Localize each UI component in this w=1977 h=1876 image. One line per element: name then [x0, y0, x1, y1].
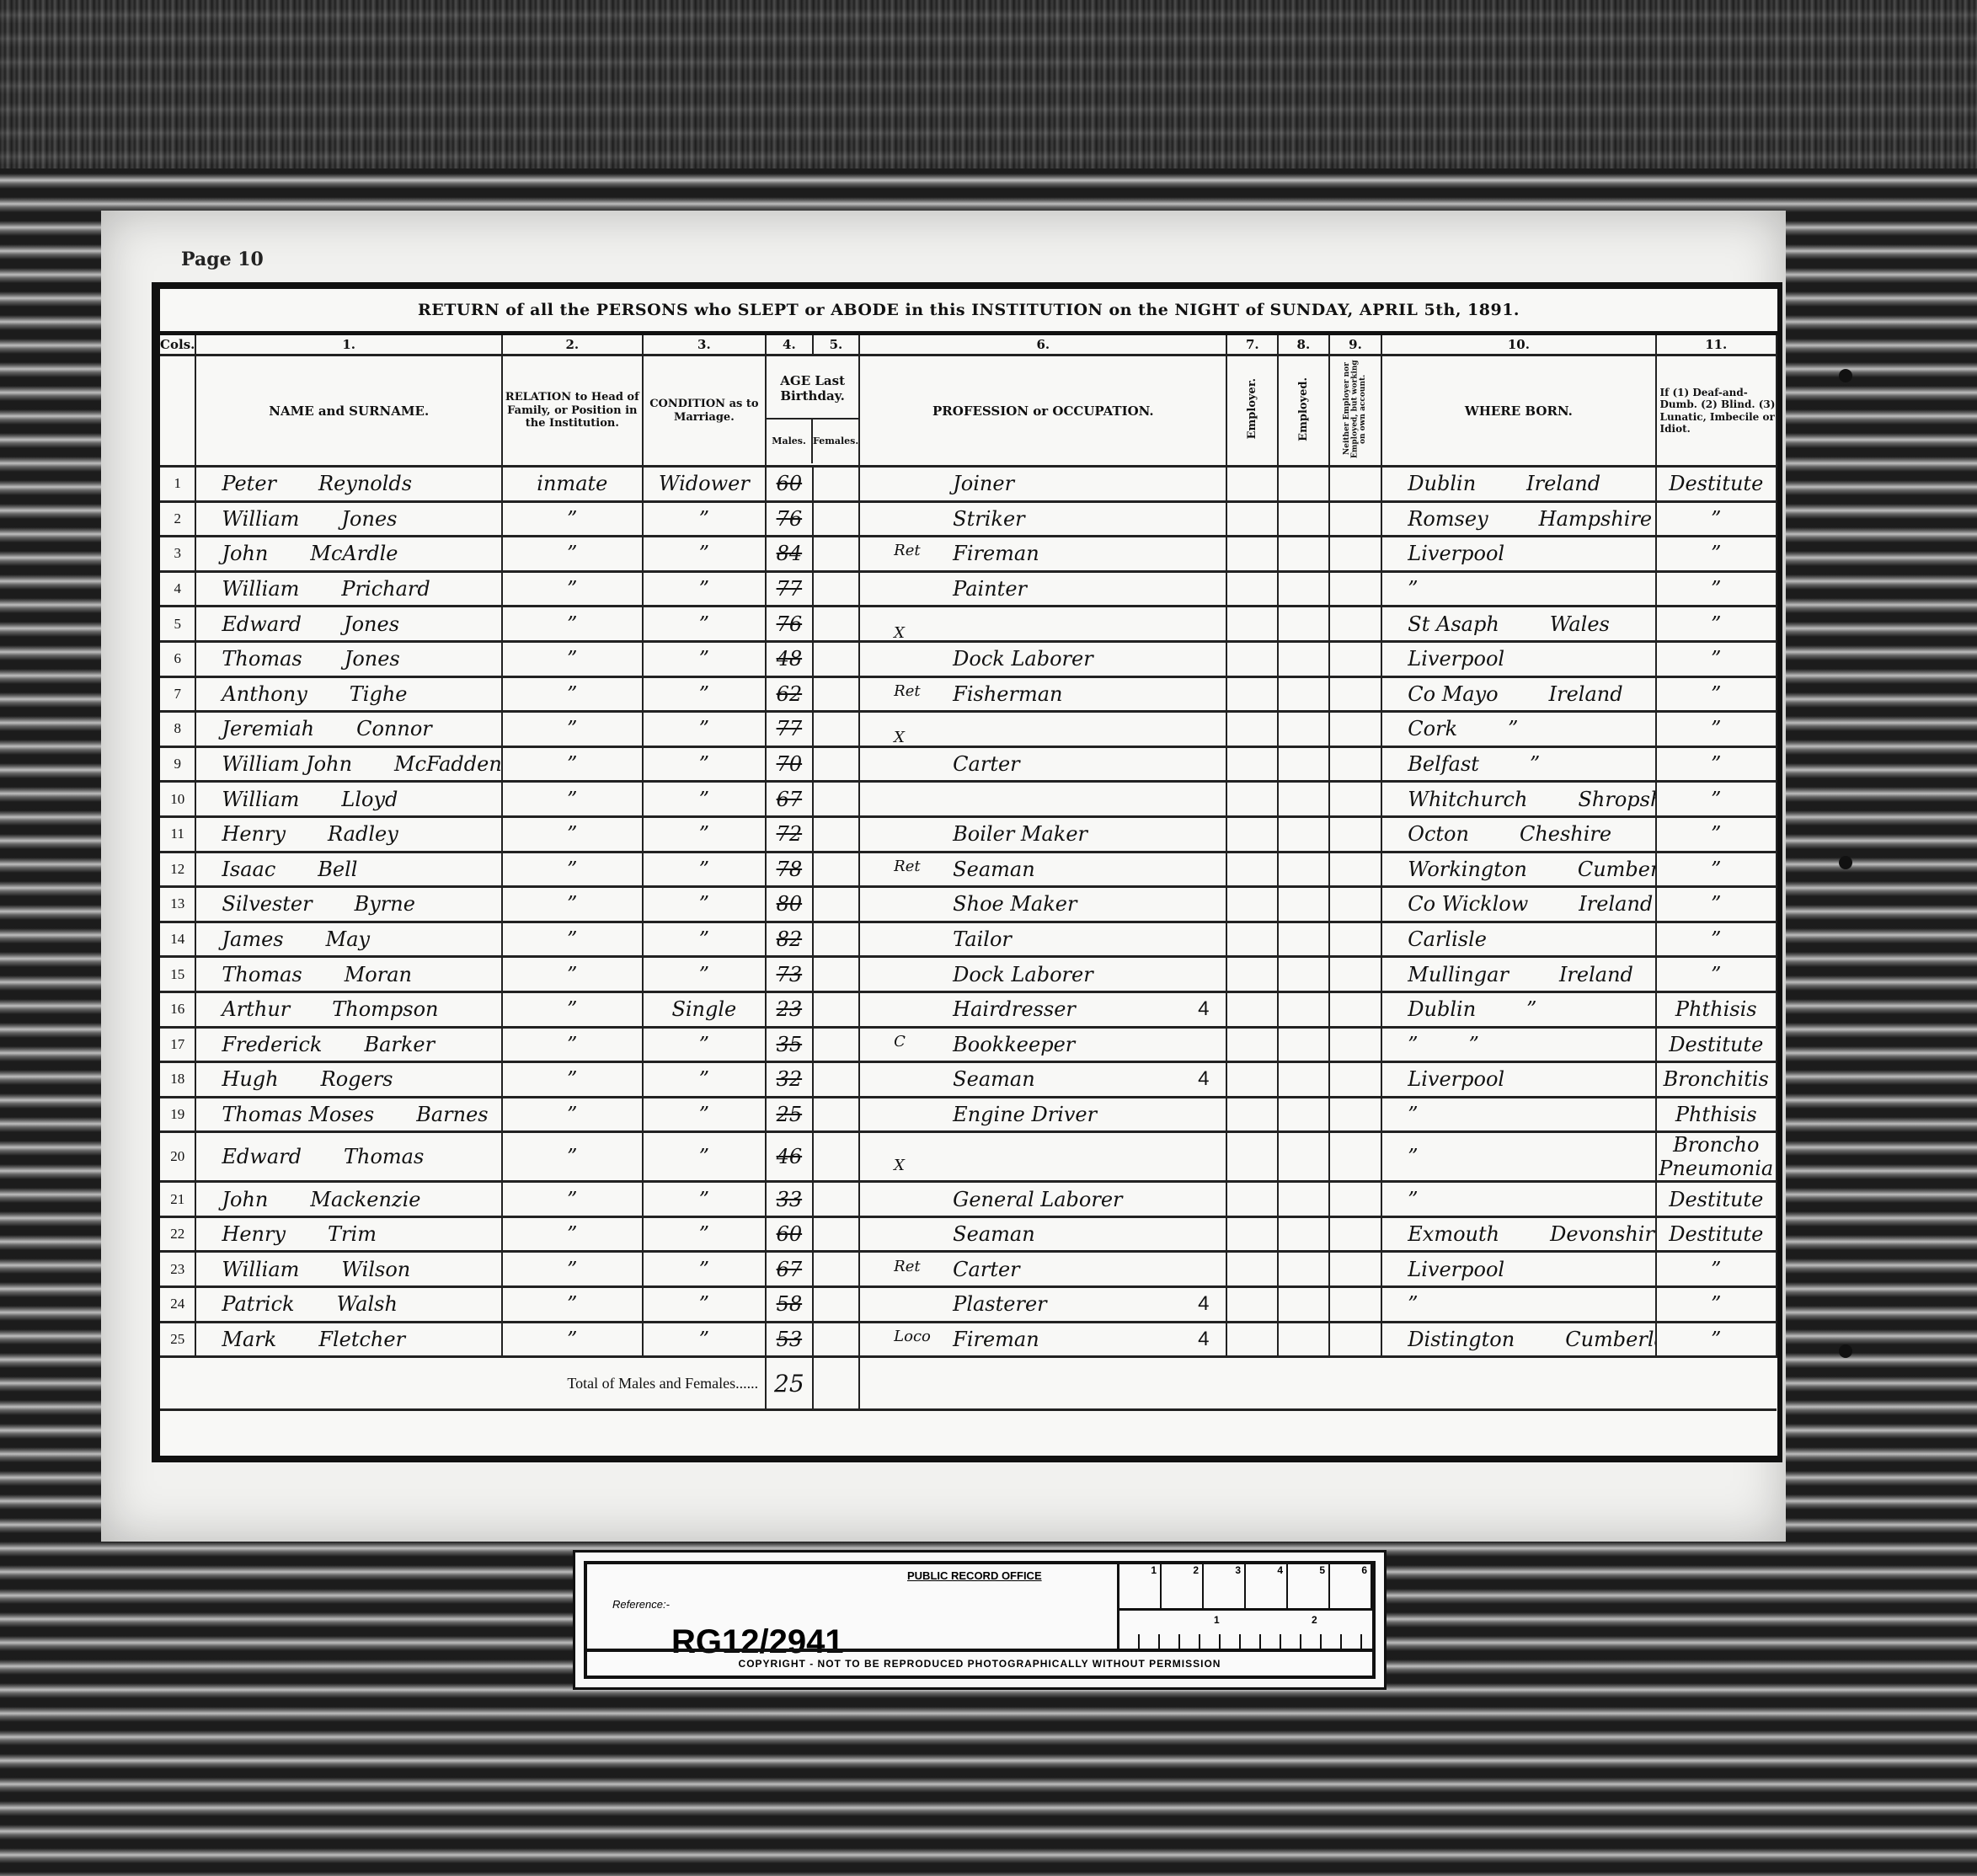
infirmity: Phthisis: [1656, 1097, 1777, 1132]
first-name: Thomas Moses: [222, 1103, 374, 1126]
infirmity: ”: [1656, 501, 1777, 537]
relation: ”: [502, 852, 643, 887]
infirmity: ”: [1656, 537, 1777, 572]
header-name: NAME and SURNAME.: [195, 355, 502, 467]
first-name: James: [222, 927, 283, 951]
surname: Byrne: [355, 892, 415, 916]
occupation: Joiner: [859, 467, 1226, 502]
marital-condition: ”: [643, 607, 766, 642]
row-number: 17: [160, 1027, 195, 1062]
employer-cell: [1226, 712, 1278, 747]
male-age: 60: [766, 467, 813, 502]
male-age: 76: [766, 607, 813, 642]
male-age: 76: [766, 501, 813, 537]
occupation-code: 4: [1198, 1067, 1209, 1091]
row-number: 3: [160, 537, 195, 572]
birth-county: Devonshire: [1550, 1222, 1655, 1246]
male-age: 67: [766, 782, 813, 817]
marital-condition: ”: [643, 1216, 766, 1252]
person-name: WilliamJones: [195, 501, 502, 537]
occupation-mark: X: [894, 1157, 905, 1174]
person-name: EdwardThomas: [195, 1132, 502, 1182]
birth-county: Ireland: [1559, 963, 1633, 986]
relation: ”: [502, 1252, 643, 1287]
employer-cell: [1226, 922, 1278, 957]
neither-cell: [1329, 571, 1382, 607]
employed-cell: [1278, 676, 1329, 712]
header-condition: CONDITION as to Marriage.: [643, 355, 766, 467]
birth-county: Shropshire: [1578, 788, 1655, 811]
infirmity: ”: [1656, 852, 1777, 887]
infirmity: ”: [1656, 782, 1777, 817]
birthplace: Carlisle: [1381, 922, 1655, 957]
person-name: PatrickWalsh: [195, 1287, 502, 1323]
relation: ”: [502, 746, 643, 782]
relation: ”: [502, 782, 643, 817]
row-number: 13: [160, 887, 195, 922]
birth-place: ”: [1408, 1188, 1418, 1211]
female-age: [813, 712, 860, 747]
table-row: 16ArthurThompson”Single23Hairdresser4Dub…: [160, 991, 1777, 1027]
table-row: 14JamesMay””82TailorCarlisle”: [160, 922, 1777, 957]
employer-cell: [1226, 887, 1278, 922]
row-number: 23: [160, 1252, 195, 1287]
surname: Moran: [345, 963, 412, 986]
birthplace: Liverpool: [1381, 1252, 1655, 1287]
marital-condition: ”: [643, 712, 766, 747]
occupation-text: Shoe Maker: [953, 892, 1077, 916]
scale-mark: 1: [1214, 1614, 1220, 1626]
first-name: Edward: [222, 1145, 302, 1168]
employer-cell: [1226, 501, 1278, 537]
employed-cell: [1278, 957, 1329, 992]
first-name: William: [222, 507, 299, 531]
row-number: 16: [160, 991, 195, 1027]
table-row: 11HenryRadley””72Boiler MakerOctonCheshi…: [160, 816, 1777, 852]
birth-place: ”: [1408, 1033, 1418, 1056]
surname: Rogers: [321, 1067, 393, 1091]
infirmity: Broncho Pneumonia: [1656, 1132, 1777, 1182]
marital-condition: ”: [643, 1287, 766, 1323]
female-age: [813, 1287, 860, 1323]
female-age: [813, 991, 860, 1027]
first-name: Peter: [222, 472, 276, 495]
occupation-text: Boiler Maker: [953, 822, 1087, 846]
header-row-number: [160, 355, 195, 467]
infirmity: ”: [1656, 571, 1777, 607]
birthplace: Dublin”: [1381, 991, 1655, 1027]
birth-place: Romsey: [1408, 507, 1488, 531]
infirmity: ”: [1656, 1287, 1777, 1323]
col-num: 1.: [195, 335, 502, 355]
employed-cell: [1278, 1322, 1329, 1357]
person-name: FrederickBarker: [195, 1027, 502, 1062]
occupation-text: Bookkeeper: [953, 1033, 1075, 1056]
infirmity: ”: [1656, 887, 1777, 922]
marital-condition: ”: [643, 1097, 766, 1132]
table-row: 19Thomas MosesBarnes””25Engine Driver”Ph…: [160, 1097, 1777, 1132]
male-age: 77: [766, 712, 813, 747]
employer-cell: [1226, 991, 1278, 1027]
occupation-mark: C: [894, 1033, 906, 1050]
row-number: 6: [160, 641, 195, 676]
age-label: AGE Last Birthday.: [767, 359, 858, 420]
table-row: 25MarkFletcher””53LocoFireman4Distington…: [160, 1322, 1777, 1357]
neither-cell: [1329, 887, 1382, 922]
row-number: 25: [160, 1322, 195, 1357]
birth-place: ”: [1408, 1145, 1418, 1168]
person-name: MarkFletcher: [195, 1322, 502, 1357]
female-age: [813, 1027, 860, 1062]
infirmity: ”: [1656, 922, 1777, 957]
female-age: [813, 1216, 860, 1252]
employed-cell: [1278, 607, 1329, 642]
person-name: IsaacBell: [195, 852, 502, 887]
employer-cell: [1226, 537, 1278, 572]
birthplace: OctonCheshire: [1381, 816, 1655, 852]
relation: ”: [502, 607, 643, 642]
header-age: AGE Last Birthday. Males. Females.: [766, 355, 859, 467]
occupation-mark: Ret: [894, 1258, 920, 1275]
male-age: 82: [766, 922, 813, 957]
surname: Reynolds: [318, 472, 412, 495]
employer-cell: [1226, 571, 1278, 607]
table-row: 12IsaacBell””78RetSeamanWorkingtonCumber…: [160, 852, 1777, 887]
employed-cell: [1278, 887, 1329, 922]
neither-cell: [1329, 1027, 1382, 1062]
employed-cell: [1278, 1132, 1329, 1182]
employed-cell: [1278, 782, 1329, 817]
first-name: William: [222, 1258, 299, 1281]
birth-county: ”: [1530, 752, 1540, 776]
occupation: X: [859, 1132, 1226, 1182]
birth-county: Ireland: [1526, 472, 1600, 495]
infirmity: ”: [1656, 1252, 1777, 1287]
female-age: [813, 957, 860, 992]
marital-condition: ”: [643, 1182, 766, 1217]
occupation: [859, 782, 1226, 817]
neither-cell: [1329, 537, 1382, 572]
neither-cell: [1329, 1252, 1382, 1287]
relation: ”: [502, 1062, 643, 1098]
employed-cell: [1278, 991, 1329, 1027]
employed-cell: [1278, 1062, 1329, 1098]
neither-cell: [1329, 957, 1382, 992]
header-employed: Employed.: [1278, 355, 1329, 467]
header-where-born: WHERE BORN.: [1381, 355, 1655, 467]
employed-cell: [1278, 467, 1329, 502]
birth-place: Mullingar: [1408, 963, 1509, 986]
infirmity: ”: [1656, 957, 1777, 992]
scale-mark: 6: [1330, 1564, 1372, 1608]
birthplace: MullingarIreland: [1381, 957, 1655, 992]
relation: ”: [502, 501, 643, 537]
col-num: 5.: [813, 335, 860, 355]
employed-cell: [1278, 1097, 1329, 1132]
female-age: [813, 676, 860, 712]
employer-cell: [1226, 1132, 1278, 1182]
surname: Bell: [318, 858, 357, 881]
table-row: 9William JohnMcFadden””70CarterBelfast””: [160, 746, 1777, 782]
first-name: Edward: [222, 612, 302, 636]
row-number: 8: [160, 712, 195, 747]
employer-cell: [1226, 852, 1278, 887]
marital-condition: ”: [643, 537, 766, 572]
person-name: EdwardJones: [195, 607, 502, 642]
table-row: 8JeremiahConnor””77XCork””: [160, 712, 1777, 747]
neither-cell: [1329, 607, 1382, 642]
first-name: John: [222, 1188, 268, 1211]
marital-condition: Single: [643, 991, 766, 1027]
infirmity: Bronchitis: [1656, 1062, 1777, 1098]
relation: ”: [502, 1097, 643, 1132]
table-row: 21JohnMackenzie””33General Laborer”Desti…: [160, 1182, 1777, 1217]
female-age: [813, 922, 860, 957]
female-age: [813, 1252, 860, 1287]
male-age: 73: [766, 957, 813, 992]
header-occupation: PROFESSION or OCCUPATION.: [859, 355, 1226, 467]
birth-place: Liverpool: [1408, 542, 1504, 565]
birth-county: Ireland: [1579, 892, 1653, 916]
col-num: 10.: [1381, 335, 1655, 355]
employed-cell: [1278, 1182, 1329, 1217]
row-number: 7: [160, 676, 195, 712]
birth-county: ”: [1469, 1033, 1479, 1056]
infirmity: ”: [1656, 712, 1777, 747]
occupation-text: Seaman: [953, 1222, 1034, 1246]
birth-county: ”: [1526, 997, 1536, 1021]
female-age: [813, 746, 860, 782]
employed-cell: [1278, 571, 1329, 607]
male-age: 25: [766, 1097, 813, 1132]
birth-place: Dublin: [1408, 997, 1476, 1021]
occupation: General Laborer: [859, 1182, 1226, 1217]
first-name: Henry: [222, 822, 286, 846]
surname: Barnes: [416, 1103, 488, 1126]
occupation: Striker: [859, 501, 1226, 537]
first-name: Hugh: [222, 1067, 278, 1091]
marital-condition: ”: [643, 676, 766, 712]
female-age: [813, 887, 860, 922]
relation: ”: [502, 887, 643, 922]
employed-cell: [1278, 816, 1329, 852]
birthplace: RomseyHampshire: [1381, 501, 1655, 537]
male-age: 77: [766, 571, 813, 607]
occupation: LocoFireman4: [859, 1322, 1226, 1357]
employer-cell: [1226, 957, 1278, 992]
marital-condition: ”: [643, 501, 766, 537]
female-age: [813, 1132, 860, 1182]
birth-county: Cumberland: [1565, 1328, 1655, 1351]
first-name: John: [222, 542, 268, 565]
female-age: [813, 1322, 860, 1357]
marital-condition: ”: [643, 641, 766, 676]
header-employer: Employer.: [1226, 355, 1278, 467]
employer-cell: [1226, 782, 1278, 817]
table-row: 23WilliamWilson””67RetCarterLiverpool”: [160, 1252, 1777, 1287]
occupation: RetFireman: [859, 537, 1226, 572]
neither-cell: [1329, 816, 1382, 852]
table-row: 13SilvesterByrne””80Shoe MakerCo Wicklow…: [160, 887, 1777, 922]
surname: Thomas: [344, 1145, 424, 1168]
relation: ”: [502, 957, 643, 992]
table-row: 5EdwardJones””76XSt AsaphWales”: [160, 607, 1777, 642]
total-value: 25: [766, 1357, 813, 1410]
birthplace: St AsaphWales: [1381, 607, 1655, 642]
neither-cell: [1329, 1132, 1382, 1182]
neither-cell: [1329, 1322, 1382, 1357]
female-age: [813, 607, 860, 642]
birth-place: Distington: [1408, 1328, 1515, 1351]
employer-cell: [1226, 1027, 1278, 1062]
marital-condition: ”: [643, 816, 766, 852]
birth-county: Hampshire: [1539, 507, 1652, 531]
marital-condition: ”: [643, 1252, 766, 1287]
person-name: JohnMcArdle: [195, 537, 502, 572]
birthplace: Co WicklowIreland: [1381, 887, 1655, 922]
infirmity: Phthisis: [1656, 991, 1777, 1027]
person-name: Thomas MosesBarnes: [195, 1097, 502, 1132]
page-number: Page 10: [181, 249, 264, 270]
first-name: William John: [222, 752, 352, 776]
person-name: HenryRadley: [195, 816, 502, 852]
form-title: RETURN of all the PERSONS who SLEPT or A…: [160, 289, 1777, 335]
first-name: Silvester: [222, 892, 312, 916]
column-numbers-row: Cols. 1. 2. 3. 4. 5. 6. 7. 8. 9. 10. 11.: [160, 335, 1777, 355]
occupation: RetSeaman: [859, 852, 1226, 887]
table-row: 17FrederickBarker””35CBookkeeper””Destit…: [160, 1027, 1777, 1062]
occupation-mark: X: [894, 729, 905, 746]
male-age: 62: [766, 676, 813, 712]
occupation-text: Carter: [953, 1258, 1019, 1281]
person-name: JohnMackenzie: [195, 1182, 502, 1217]
birth-place: Workington: [1408, 858, 1527, 881]
table-row: 24PatrickWalsh””58Plasterer4””: [160, 1287, 1777, 1323]
row-number: 15: [160, 957, 195, 992]
first-name: Thomas: [222, 647, 302, 671]
occupation: X: [859, 607, 1226, 642]
relation: ”: [502, 641, 643, 676]
neither-cell: [1329, 467, 1382, 502]
marital-condition: ”: [643, 746, 766, 782]
birth-place: ”: [1408, 1103, 1418, 1126]
marital-condition: ”: [643, 922, 766, 957]
birthplace: Belfast”: [1381, 746, 1655, 782]
total-females: [813, 1357, 860, 1410]
occupation: RetFisherman: [859, 676, 1226, 712]
male-age: 78: [766, 852, 813, 887]
first-name: Frederick: [222, 1033, 322, 1056]
person-name: ThomasMoran: [195, 957, 502, 992]
male-age: 70: [766, 746, 813, 782]
surname: Jones: [341, 507, 397, 531]
neither-cell: [1329, 712, 1382, 747]
occupation: Dock Laborer: [859, 957, 1226, 992]
female-age: [813, 1182, 860, 1217]
total-blank: [859, 1357, 1777, 1410]
person-name: WilliamWilson: [195, 1252, 502, 1287]
row-number: 19: [160, 1097, 195, 1132]
row-number: 24: [160, 1287, 195, 1323]
col-num: 11.: [1656, 335, 1777, 355]
occupation-mark: Ret: [894, 682, 920, 700]
table-row: 15ThomasMoran””73Dock LaborerMullingarIr…: [160, 957, 1777, 992]
row-number: 14: [160, 922, 195, 957]
header-males: Males.: [767, 420, 813, 463]
row-number: 1: [160, 467, 195, 502]
employer-cell: [1226, 467, 1278, 502]
surname: Wilson: [341, 1258, 410, 1281]
table-row: 6ThomasJones””48Dock LaborerLiverpool”: [160, 641, 1777, 676]
punch-hole: [1839, 369, 1852, 382]
occupation-text: Painter: [953, 577, 1027, 601]
occupation-mark: Loco: [894, 1328, 931, 1345]
occupation-text: Dock Laborer: [953, 963, 1093, 986]
neither-label: Neither Employer nor Employed, but worki…: [1344, 356, 1367, 462]
female-age: [813, 1062, 860, 1098]
relation: ”: [502, 816, 643, 852]
birthplace: Liverpool: [1381, 641, 1655, 676]
surname: Radley: [328, 822, 398, 846]
birth-place: ”: [1408, 1292, 1418, 1316]
infirmity: ”: [1656, 746, 1777, 782]
marital-condition: ”: [643, 957, 766, 992]
first-name: Mark: [222, 1328, 276, 1351]
infirmity: ”: [1656, 607, 1777, 642]
row-number: 9: [160, 746, 195, 782]
infirmity: Destitute: [1656, 1027, 1777, 1062]
person-name: ArthurThompson: [195, 991, 502, 1027]
male-age: 84: [766, 537, 813, 572]
col-num: Cols.: [160, 335, 195, 355]
neither-cell: [1329, 1182, 1382, 1217]
birthplace: Liverpool: [1381, 537, 1655, 572]
occupation-text: Dock Laborer: [953, 647, 1093, 671]
surname: Lloyd: [341, 788, 398, 811]
relation: ”: [502, 537, 643, 572]
surname: Mackenzie: [310, 1188, 420, 1211]
birth-place: Exmouth: [1408, 1222, 1499, 1246]
birth-place: Cork: [1408, 717, 1457, 740]
person-name: William JohnMcFadden: [195, 746, 502, 782]
birth-county: ”: [1508, 717, 1518, 740]
person-name: WilliamLloyd: [195, 782, 502, 817]
neither-cell: [1329, 676, 1382, 712]
female-age: [813, 537, 860, 572]
employer-cell: [1226, 1216, 1278, 1252]
reference-label: Reference:-: [612, 1598, 670, 1611]
row-number: 11: [160, 816, 195, 852]
occupation: Tailor: [859, 922, 1226, 957]
occupation: Seaman4: [859, 1062, 1226, 1098]
employer-cell: [1226, 607, 1278, 642]
male-age: 67: [766, 1252, 813, 1287]
birth-place: Co Wicklow: [1408, 892, 1528, 916]
employed-cell: [1278, 1216, 1329, 1252]
birth-place: Liverpool: [1408, 647, 1504, 671]
neither-cell: [1329, 852, 1382, 887]
census-page: Page 10 RETURN of all the PERSONS who SL…: [101, 211, 1786, 1542]
row-number: 20: [160, 1132, 195, 1182]
table-row: 18HughRogers””32Seaman4LiverpoolBronchit…: [160, 1062, 1777, 1098]
female-age: [813, 816, 860, 852]
table-row: 22HenryTrim””60SeamanExmouthDevonshireDe…: [160, 1216, 1777, 1252]
employer-cell: [1226, 1252, 1278, 1287]
surname: McFadden: [394, 752, 502, 776]
occupation-mark: X: [894, 624, 905, 642]
male-age: 33: [766, 1182, 813, 1217]
microfilm-top-border: [0, 0, 1977, 168]
